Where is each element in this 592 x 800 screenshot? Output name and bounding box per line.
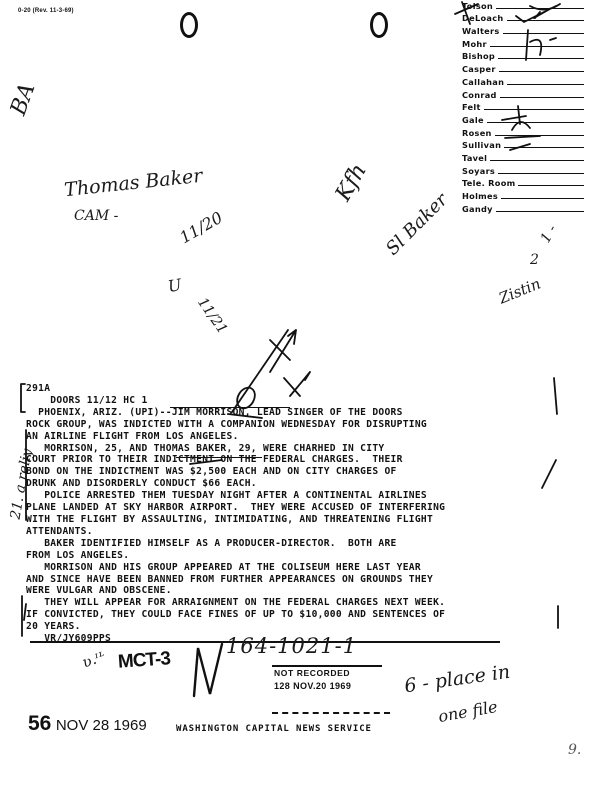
story-line: PLANE LANDED AT SKY HARBOR AIRPORT. THEY… (26, 502, 586, 514)
stamp-mct: MCT-3 (117, 648, 170, 674)
story-line: MORRISON AND HIS GROUP APPEARED AT THE C… (26, 562, 586, 574)
story-line: PHOENIX, ARIZ. (UPI)--JIM MORRISON, LEAD… (26, 407, 586, 419)
story-line: AN AIRLINE FLIGHT FROM LOS ANGELES. (26, 431, 586, 443)
story-line: THEY WILL APPEAR FOR ARRAIGNMENT ON THE … (26, 597, 586, 609)
stamp-dashed-rule (272, 712, 390, 714)
story-line: IF CONVICTED, THEY COULD FACE FINES OF U… (26, 609, 586, 621)
story-line: COURT PRIOR TO THEIR INDICTMENT ON THE F… (26, 454, 586, 466)
received-date-stamp: 56 NOV 28 1969 (28, 712, 147, 736)
story-line: MORRISON, 25, AND THOMAS BAKER, 29, WERE… (26, 443, 586, 455)
story-line: DRUNK AND DISORDERLY CONDUCT $66 EACH. (26, 478, 586, 490)
news-service-label: WASHINGTON CAPITAL NEWS SERVICE (176, 724, 372, 734)
story-line: FROM LOS ANGELES. (26, 550, 586, 562)
story-line: DOORS 11/12 HC 1 (26, 395, 586, 407)
story-line: ROCK GROUP, WAS INDICTED WITH A COMPANIO… (26, 419, 586, 431)
story-line: 20 YEARS. (26, 621, 586, 633)
underline-jim-morrison (170, 407, 290, 408)
received-prefix: 56 (28, 712, 51, 735)
story-line: 291A (26, 383, 586, 395)
received-date: NOV 28 1969 (56, 717, 147, 734)
story-line: WERE VULGAR AND OBSCENE. (26, 585, 586, 597)
story-line: POLICE ARRESTED THEM TUESDAY NIGHT AFTER… (26, 490, 586, 502)
wire-story: 291A DOORS 11/12 HC 1 PHOENIX, ARIZ. (UP… (26, 383, 586, 645)
story-line: BOND ON THE INDICTMENT WAS $2,500 EACH A… (26, 466, 586, 478)
story-line: ATTENDANTS. (26, 526, 586, 538)
file-number: 164-1021-1 (226, 634, 357, 658)
not-recorded-rule (272, 665, 382, 667)
stamp-not-recorded-date: 128 NOV.20 1969 (274, 681, 351, 691)
story-line: AND SINCE HAVE BEEN BANNED FROM FURTHER … (26, 574, 586, 586)
story-line: WITH THE FLIGHT BY ASSAULTING, INTIMIDAT… (26, 514, 586, 526)
underline-thomas-baker (176, 457, 262, 458)
stamp-not-recorded: NOT RECORDED (274, 668, 350, 678)
story-line: BAKER IDENTIFIED HIMSELF AS A PRODUCER-D… (26, 538, 586, 550)
